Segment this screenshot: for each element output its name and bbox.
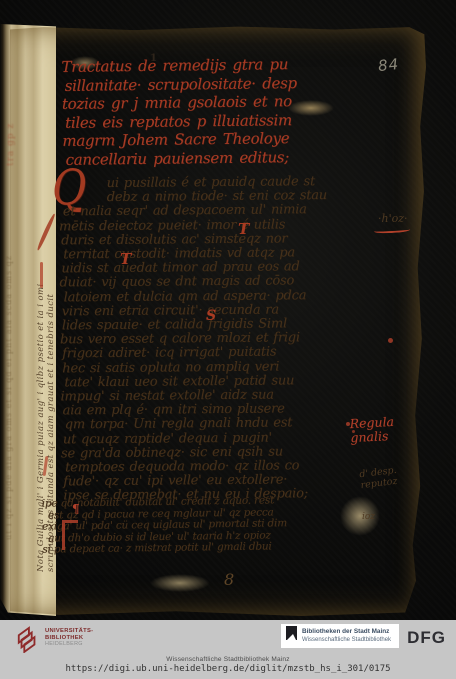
red-margin-stroke [40,262,43,288]
red-ink-speck [346,422,350,426]
parchment-stain [150,574,210,592]
heidelberg-logo-text: UNIVERSITÄTS- BIBLIOTHEK HEIDELBERG [45,625,93,648]
margin-note-line: gnalis [350,429,395,445]
heidelberg-logo: UNIVERSITÄTS- BIBLIOTHEK HEIDELBERG [16,625,93,658]
mainz-library-logo: Bibliotheken der Stadt Mainz Wissenschaf… [281,624,399,648]
source-caption: Wissenschaftliche Stadtbibliothek Mainz [0,656,456,663]
quire-signature: 8 [224,570,234,589]
red-touched-capital: T [238,220,249,238]
pencil-folio-number: 84 [377,55,400,75]
heidelberg-logo-line: UNIVERSITÄTS- [45,628,93,635]
rubric-heading: Tractatus de remedijs gtra pu sillanitat… [61,54,374,169]
rubric-line: cancellariu pauiensem editus; [65,147,374,169]
red-touched-capital: S [206,308,216,324]
margin-note-small: ioz [362,512,375,522]
scan-url: https://digi.ub.uni-heidelberg.de/diglit… [0,664,456,674]
margin-note-left-vertical: Nota Guilia mali' i Germia puiaz aug' i … [36,240,62,572]
bottom-addition-block: ipe qd notabilit' dubitat ul' credit z a… [42,493,415,556]
margin-note-desperatio: d' desp. reputoz [359,466,399,491]
margin-note-regula-generalis: Regula gnalis [349,415,395,445]
manuscript-photo: tra gp z ut i qz si pde aia gra oms et s… [0,0,456,620]
library-footer-bar: UNIVERSITÄTS- BIBLIOTHEK HEIDELBERG Bibl… [0,620,456,679]
mainz-logo-text: Bibliotheken der Stadt Mainz Wissenschaf… [302,628,391,644]
body-text-block: ui pusillais é et pauidq caude st debz a… [61,175,376,504]
dfg-logo: DFG [407,628,446,648]
manuscript-page: 84 1 Tractatus de remedijs gtra pu silla… [10,26,426,616]
margin-note-hoz: ·h'oz· [378,212,408,225]
bottom-line: si pa depaet ca· z mistrat potit ul' gma… [42,539,414,556]
heidelberg-logo-line: HEIDELBERG [45,641,93,648]
mainz-logo-line: Bibliotheken der Stadt Mainz [302,628,391,636]
margin-note-line: reputoz [360,476,398,491]
mainz-logo-line: Wissenschaftliche Stadtbibliothek [302,636,391,644]
heidelberg-logo-icon [16,625,40,658]
book-icon [285,625,298,647]
scan-viewer-page: tra gp z ut i qz si pde aia gra oms et s… [0,0,456,679]
red-paragraph-mark: ¶ [72,502,80,516]
red-ink-speck [388,338,393,343]
red-underline-flourish [374,227,410,234]
red-ink-speck [352,430,355,433]
red-touched-capital: T [120,250,131,268]
red-bracket-mark [62,520,78,550]
